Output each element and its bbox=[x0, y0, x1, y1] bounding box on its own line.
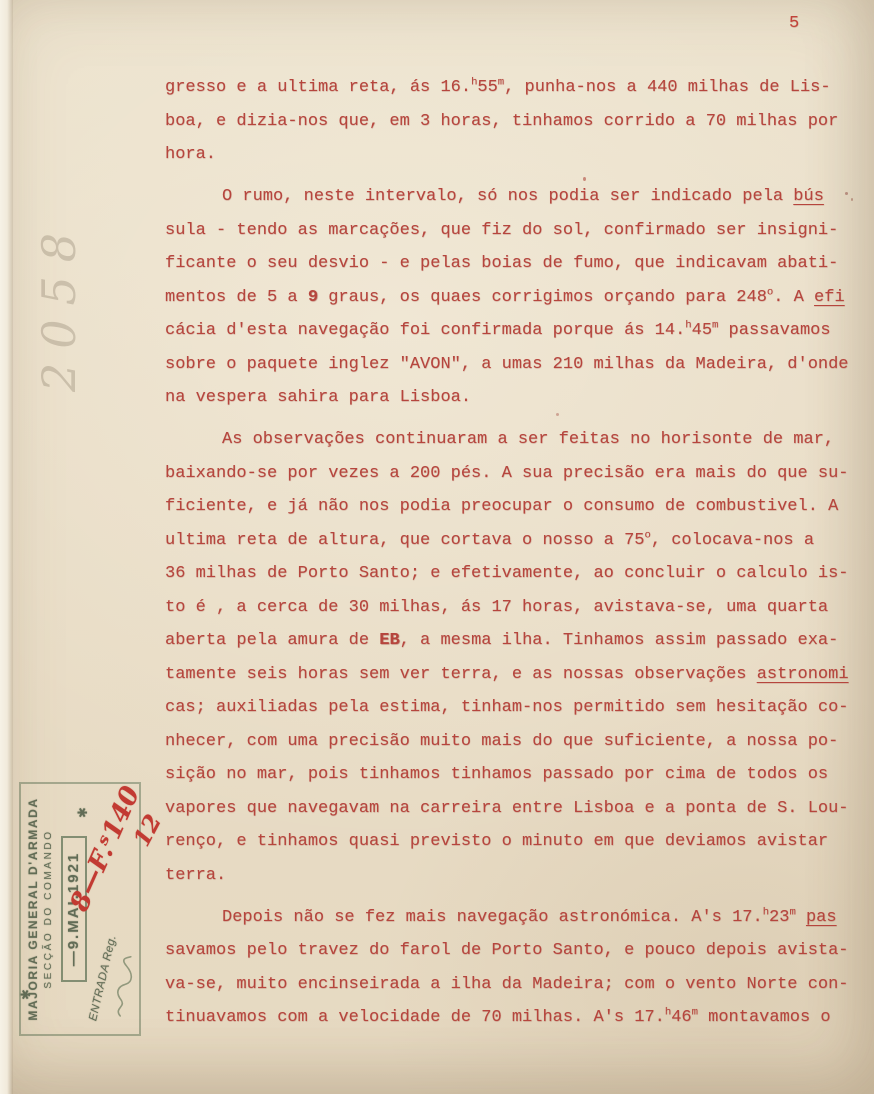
page-number: 5 bbox=[789, 14, 800, 33]
text-line: baixando-se por vezes a 200 pés. A sua p… bbox=[165, 457, 861, 491]
text-line: renço, e tinhamos quasi previsto o minut… bbox=[165, 825, 861, 859]
text-line: terra. bbox=[165, 859, 861, 893]
stamp-org-section: SECÇÃO DO COMANDO bbox=[43, 784, 54, 1034]
text-line: ultima reta de altura, que cortava o nos… bbox=[165, 524, 861, 558]
text-line: O rumo, neste intervalo, só nos podia se… bbox=[165, 180, 861, 214]
star-icon: ✱ bbox=[75, 807, 91, 818]
text-line: to é , a cerca de 30 milhas, ás 17 horas… bbox=[165, 591, 861, 625]
text-line: ficiente, e já não nos podia preocupar o… bbox=[165, 490, 861, 524]
text-line: boa, e dizia-nos que, em 3 horas, tinham… bbox=[165, 105, 861, 139]
typewritten-text: gresso e a ultima reta, ás 16.h55m, punh… bbox=[165, 71, 861, 1035]
text-line: Depois não se fez mais navegação astronó… bbox=[165, 901, 861, 935]
text-line: cácia d'esta navegação foi confirmada po… bbox=[165, 314, 861, 348]
ink-speck bbox=[845, 192, 848, 195]
scan-edge bbox=[0, 0, 13, 1094]
text-line: sição no mar, pois tinhamos tinhamos pas… bbox=[165, 758, 861, 792]
pencil-archive-number: 2058 bbox=[32, 219, 86, 392]
text-line: tinuavamos com a velocidade de 70 milhas… bbox=[165, 1001, 861, 1035]
text-line: na vespera sahira para Lisboa. bbox=[165, 381, 861, 415]
text-line: mentos de 5 a 9 graus, os quaes corrigim… bbox=[165, 281, 861, 315]
text-line: sula - tendo as marcações, que fiz do so… bbox=[165, 214, 861, 248]
text-line: hora. bbox=[165, 138, 861, 172]
text-line: savamos pelo travez do farol de Porto Sa… bbox=[165, 934, 861, 968]
clerk-rubric-icon bbox=[108, 953, 140, 1019]
text-line: ficante o seu desvio - e pelas boias de … bbox=[165, 247, 861, 281]
ink-speck bbox=[583, 177, 586, 181]
text-line: nhecer, com uma precisão muito mais do q… bbox=[165, 725, 861, 759]
ink-speck bbox=[556, 413, 559, 416]
text-line: cas; auxiliadas pela estima, tinham-nos … bbox=[165, 691, 861, 725]
text-line: vapores que navegavam na carreira entre … bbox=[165, 792, 861, 826]
text-line: As observações continuaram a ser feitas … bbox=[165, 423, 861, 457]
text-line: sobre o paquete inglez "AVON", a umas 21… bbox=[165, 348, 861, 382]
document-page: 5 2058 gresso e a ultima reta, ás 16.h55… bbox=[0, 0, 874, 1094]
text-line: va-se, muito encinseirada a ilha da Made… bbox=[165, 968, 861, 1002]
star-icon: ✱ bbox=[18, 989, 34, 1000]
text-line: aberta pela amura de EB, a mesma ilha. T… bbox=[165, 624, 861, 658]
text-line: 36 milhas de Porto Santo; e efetivamente… bbox=[165, 557, 861, 591]
text-line: tamente seis horas sem ver terra, e as n… bbox=[165, 658, 861, 692]
text-line: gresso e a ultima reta, ás 16.h55m, punh… bbox=[165, 71, 861, 105]
ink-speck bbox=[851, 198, 853, 201]
